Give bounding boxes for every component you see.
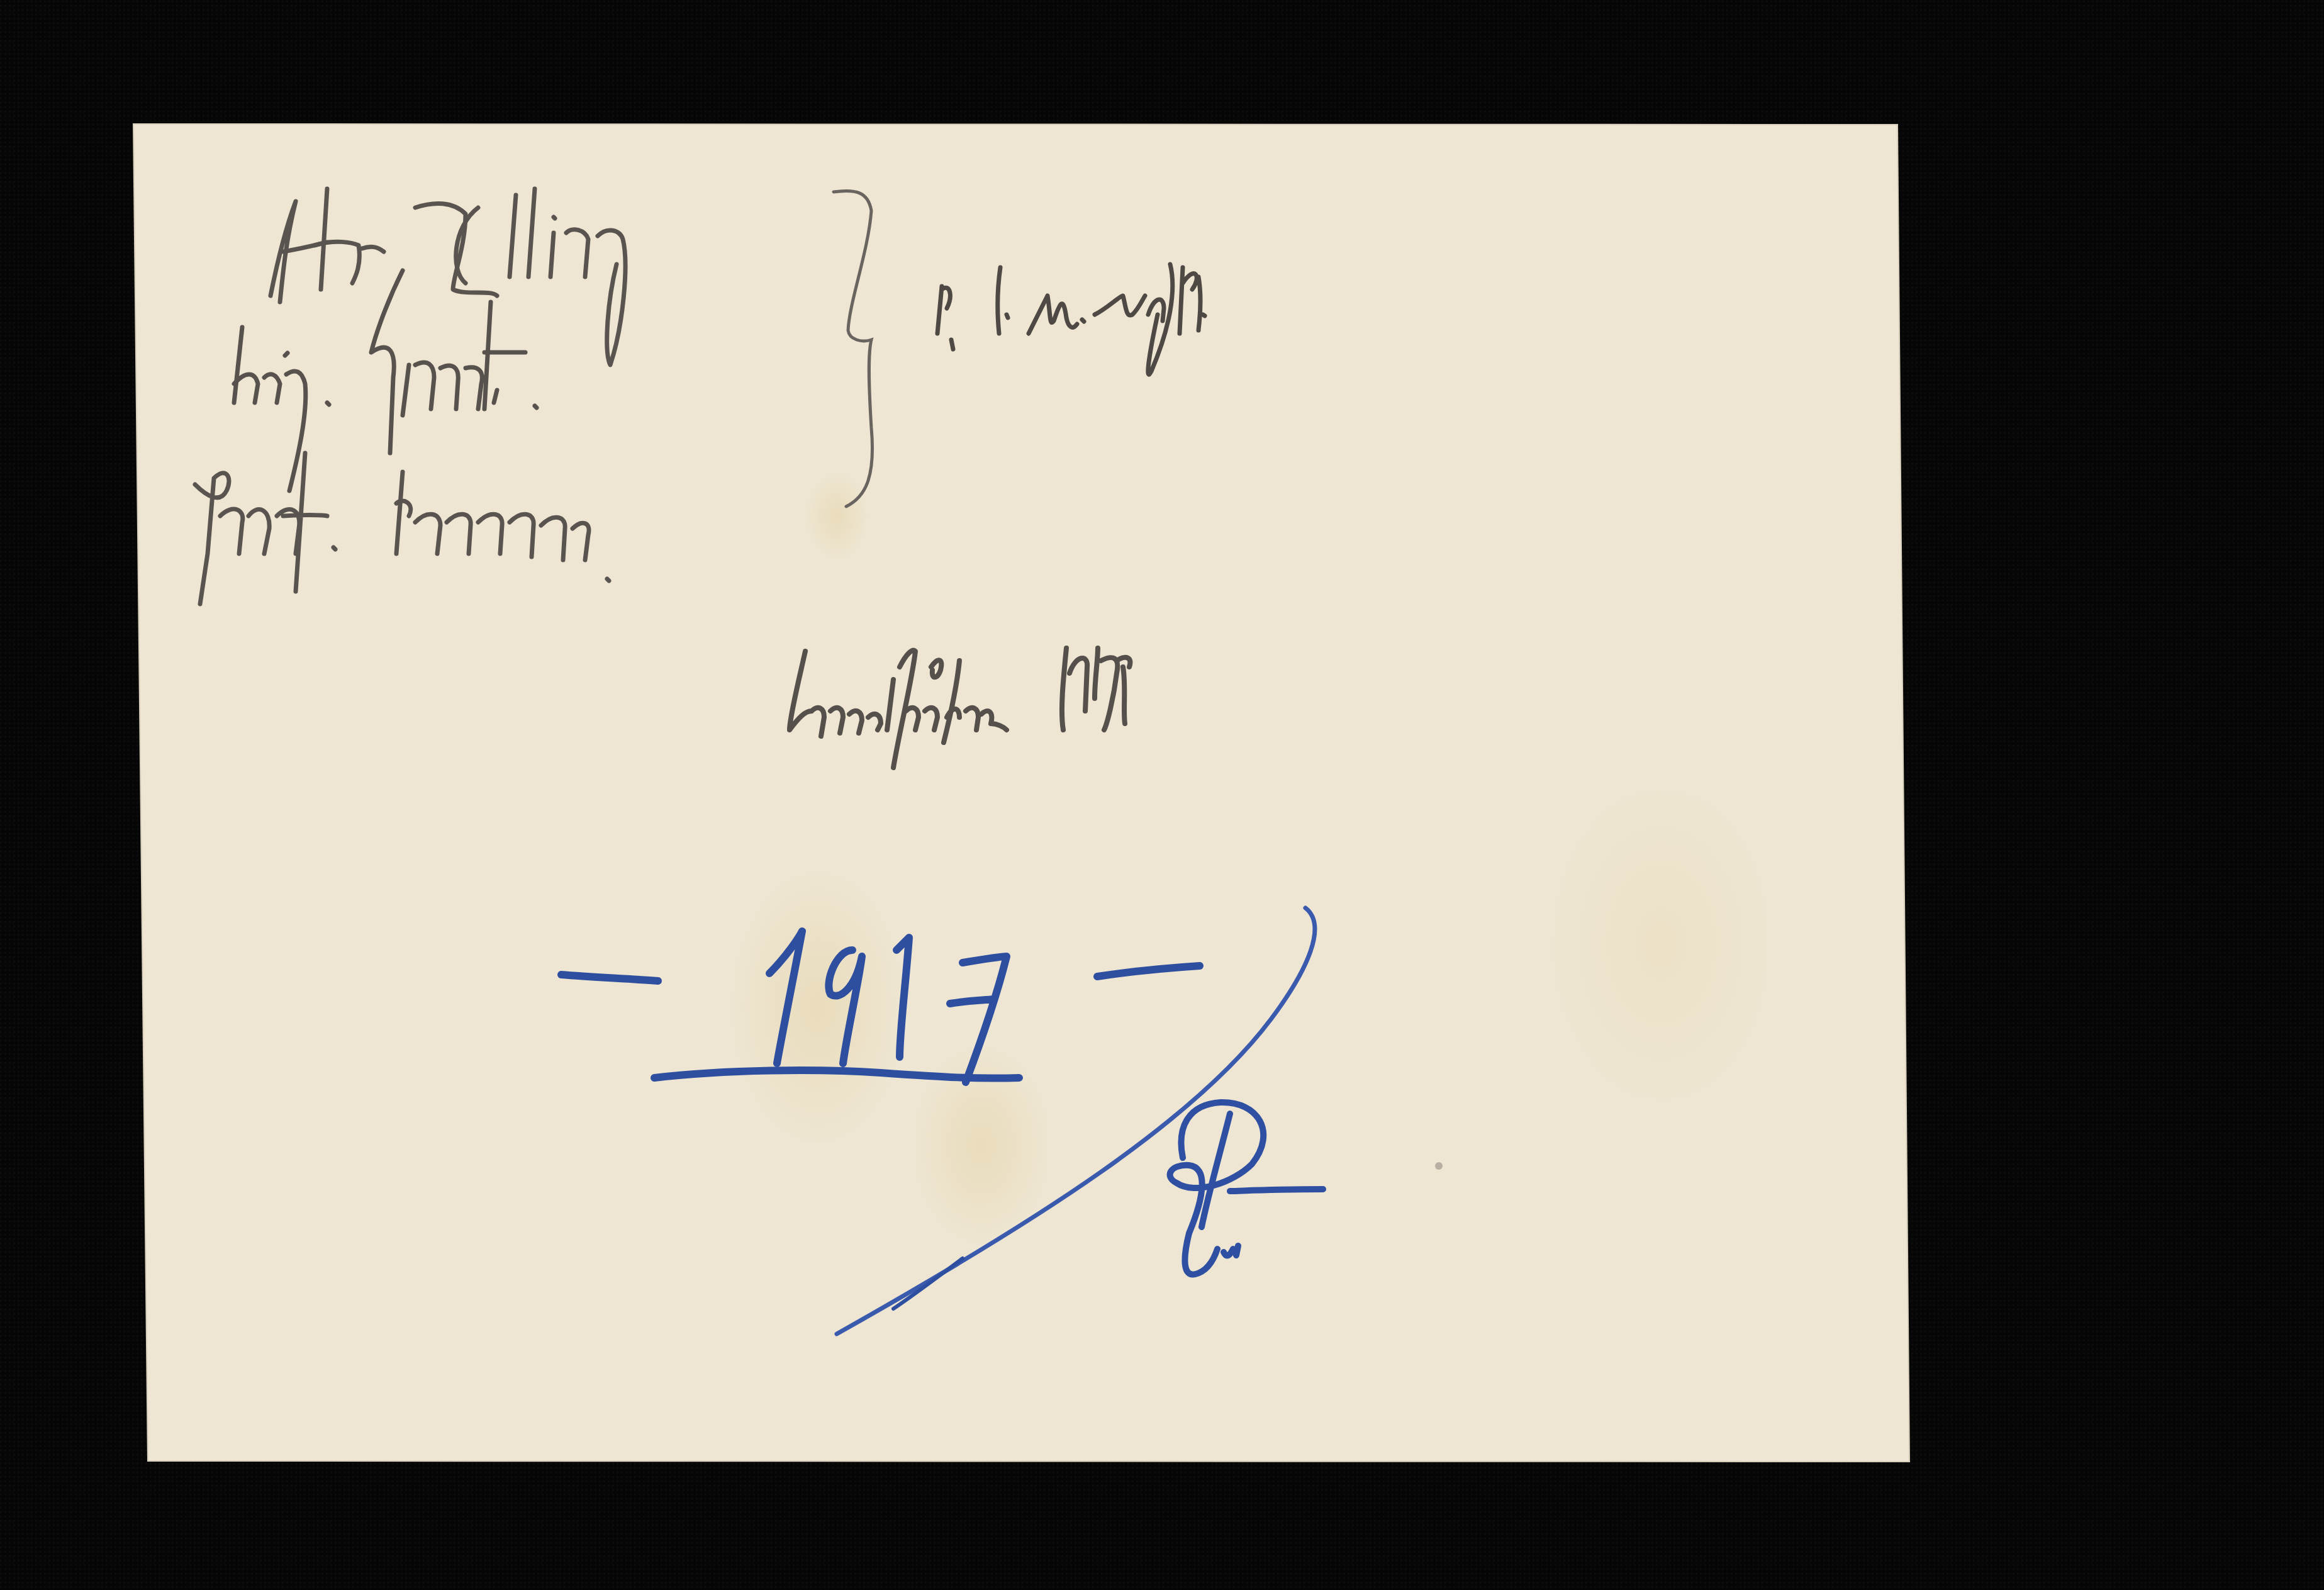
card-drawing	[0, 0, 2324, 1590]
handwritten-card: Otto Elling Aug. Schmidt. Josef Brunner.…	[0, 0, 2324, 1590]
